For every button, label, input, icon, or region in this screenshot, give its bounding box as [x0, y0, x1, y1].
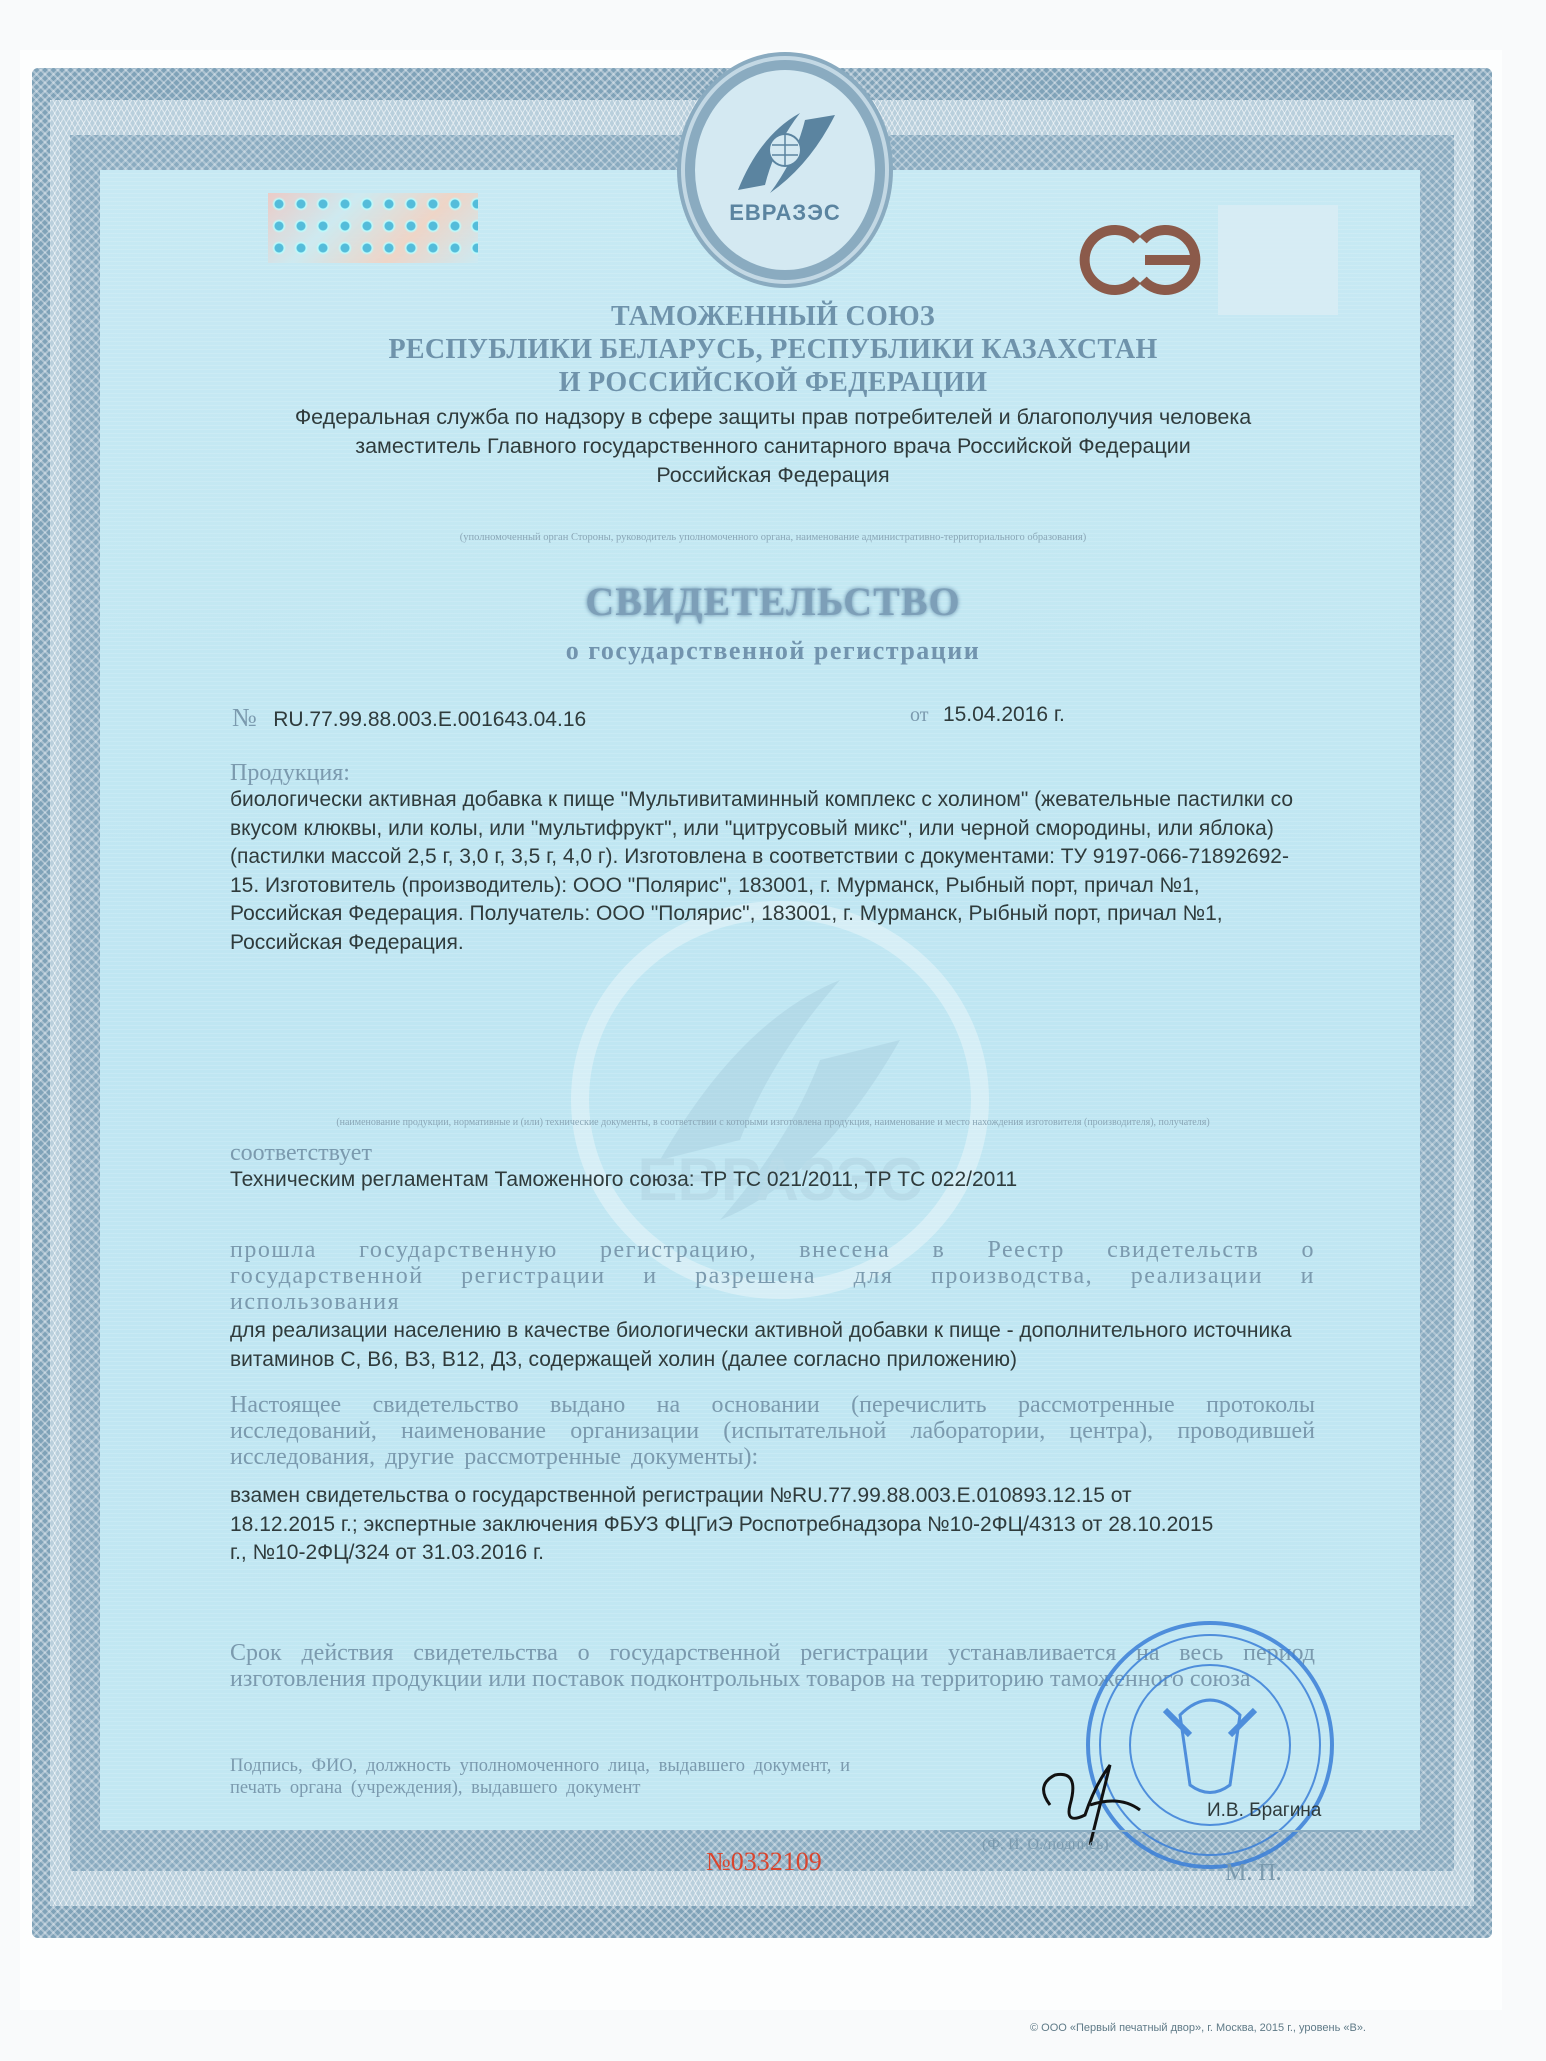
- printer-credit: © ООО «Первый печатный двор», г. Москва,…: [1030, 2022, 1366, 2034]
- form-number: №0332109: [706, 1847, 822, 1877]
- agency-caption: (уполномоченный орган Стороны, руководит…: [0, 532, 1546, 543]
- signatory-name: И.В. Брагина: [1207, 1800, 1321, 1822]
- certificate-date: 15.04.2016 г.: [943, 703, 1065, 726]
- number-label: №: [232, 703, 257, 732]
- fio-caption: (Ф. И. О./подпись): [982, 1836, 1109, 1854]
- security-patch: [1218, 205, 1338, 315]
- header-line-1: ТАМОЖЕННЫЙ СОЮЗ: [0, 300, 1546, 334]
- signature-label: Подпись, ФИО, должность уполномоченного …: [230, 1755, 850, 1799]
- header-line-2: РЕСПУБЛИКИ БЕЛАРУСЬ, РЕСПУБЛИКИ КАЗАХСТА…: [0, 333, 1546, 367]
- conformity-text: Техническим регламентам Таможенного союз…: [230, 1166, 1320, 1195]
- date-label: от: [910, 704, 928, 726]
- conformity-label: соответствует: [230, 1140, 1320, 1166]
- registration-label: прошла государственную регистрацию, внес…: [230, 1237, 1315, 1315]
- certificate-number: RU.77.99.88.003.E.001643.04.16: [273, 708, 586, 731]
- header-line-3: И РОССИЙСКОЙ ФЕДЕРАЦИИ: [0, 366, 1546, 400]
- signature-section: Подпись, ФИО, должность уполномоченного …: [230, 1755, 850, 1799]
- product-description: биологически активная добавка к пище "Му…: [230, 786, 1310, 957]
- product-label: Продукция:: [230, 760, 1320, 786]
- signature-line: [940, 1830, 1360, 1832]
- registration-section: прошла государственную регистрацию, внес…: [230, 1237, 1320, 1374]
- certificate-title: СВИДЕТЕЛЬСТВО: [0, 578, 1546, 625]
- product-caption: (наименование продукции, нормативные и (…: [0, 1117, 1546, 1128]
- basis-label: Настоящее свидетельство выдано на основа…: [230, 1392, 1315, 1470]
- ce-conformity-mark-icon: [1075, 220, 1205, 300]
- eurasec-emblem: ЕВРАЗЭС: [685, 60, 885, 280]
- conformity-section: соответствует Техническим регламентам Та…: [230, 1140, 1320, 1195]
- agency-line-2: заместитель Главного государственного са…: [0, 432, 1546, 461]
- registration-text: для реализации населению в качестве биол…: [230, 1317, 1320, 1374]
- hologram-icon: [268, 193, 478, 263]
- product-section: Продукция: биологически активная добавка…: [230, 760, 1320, 957]
- certificate-subtitle: о государственной регистрации: [0, 636, 1546, 666]
- agency-line-3: Российская Федерация: [0, 461, 1546, 490]
- emblem-text: ЕВРАЗЭС: [695, 200, 875, 226]
- basis-section: Настоящее свидетельство выдано на основа…: [230, 1392, 1320, 1568]
- basis-text: взамен свидетельства о государственной р…: [230, 1482, 1230, 1568]
- certificate-number-row: № RU.77.99.88.003.E.001643.04.16: [232, 703, 586, 733]
- seal-caption: М. П.: [1225, 1860, 1282, 1887]
- certificate-date-row: от 15.04.2016 г.: [910, 703, 1065, 727]
- eurasec-globe-icon: [730, 105, 840, 195]
- agency-line-1: Федеральная служба по надзору в сфере за…: [0, 403, 1546, 432]
